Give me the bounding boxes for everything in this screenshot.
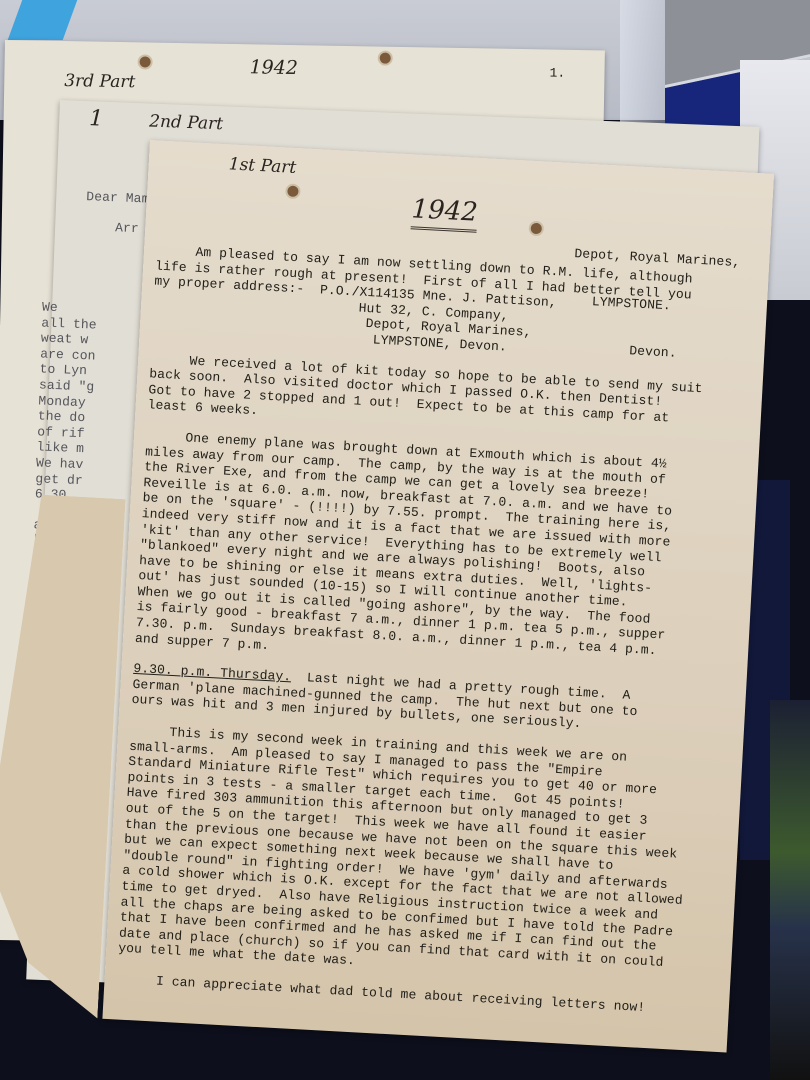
page-number: 1. <box>549 66 565 82</box>
part-label: 2nd Part <box>149 111 224 134</box>
text-fragment: We <box>42 299 98 317</box>
salutation: Dear Mam <box>86 189 150 207</box>
punch-hole <box>380 53 391 64</box>
paragraph: We received a lot of kit today so hope t… <box>147 351 711 444</box>
paragraph: One enemy plane was brought down at Exmo… <box>135 428 707 676</box>
text-fragment: the do <box>38 409 94 427</box>
letter-part-1: 1st Part 1942 Depot, Royal Marines, LYMP… <box>102 140 774 1053</box>
punch-hole <box>287 186 299 198</box>
fabric-background <box>770 700 810 1080</box>
year-note: 1942 <box>249 56 298 79</box>
year-note: 1942 <box>411 194 479 233</box>
part-label: 3rd Part <box>64 71 135 92</box>
text-fragment: Arr <box>115 220 139 236</box>
punch-hole <box>140 56 151 67</box>
letter-body: Am pleased to say I am now settling down… <box>115 242 716 1032</box>
paragraph: This is my second week in training and t… <box>118 723 691 987</box>
mark: 1 <box>89 106 104 132</box>
text-fragment: said "g <box>39 377 95 395</box>
text-fragment: weat w <box>41 331 97 349</box>
part-label: 1st Part <box>228 154 297 178</box>
text-fragment: We hav <box>36 455 92 473</box>
punch-hole <box>530 223 542 235</box>
plastic-sleeve <box>620 0 670 140</box>
